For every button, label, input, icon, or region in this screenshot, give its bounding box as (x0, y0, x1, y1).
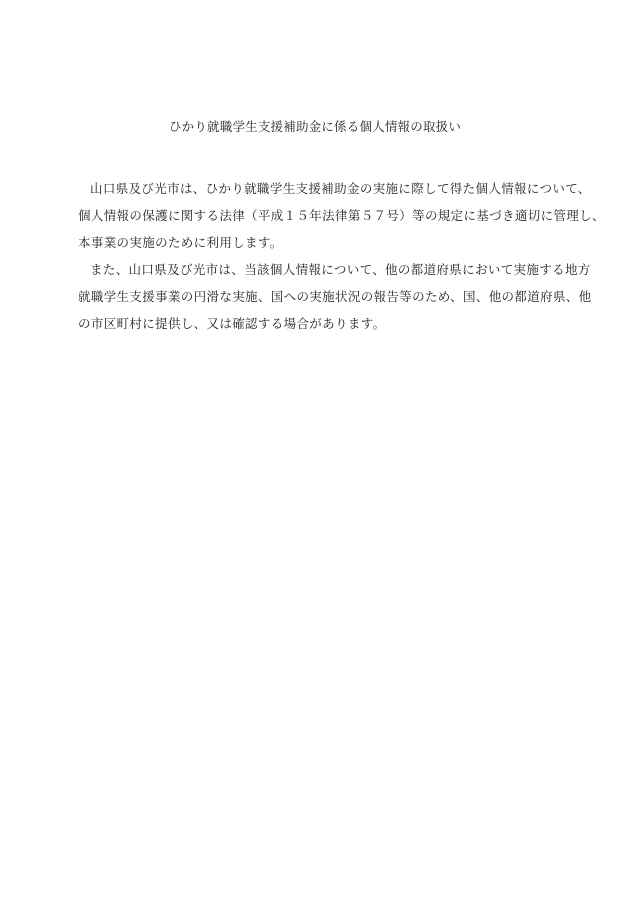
paragraph-line: 就職学生支援事業の円滑な実施、国への実施状況の報告等のため、国、他の都道府県、他 (78, 289, 554, 305)
paragraph-line: 本事業の実施のために利用します。 (78, 235, 554, 251)
paragraph-personal-info-management: 山口県及び光市は、ひかり就職学生支援補助金の実施に際して得た個人情報について、 … (78, 181, 554, 251)
paragraph-line: また、山口県及び光市は、当該個人情報について、他の都道府県において実施する地方 (78, 262, 554, 278)
paragraph-line: の市区町村に提供し、又は確認する場合があります。 (78, 316, 554, 332)
document-title: ひかり就職学生支援補助金に係る個人情報の取扱い (0, 119, 630, 135)
document-body: 山口県及び光市は、ひかり就職学生支援補助金の実施に際して得た個人情報について、 … (78, 181, 554, 343)
paragraph-personal-info-sharing: また、山口県及び光市は、当該個人情報について、他の都道府県において実施する地方 … (78, 262, 554, 332)
paragraph-line: 山口県及び光市は、ひかり就職学生支援補助金の実施に際して得た個人情報について、 (78, 181, 554, 197)
paragraph-line: 個人情報の保護に関する法律（平成１５年法律第５７号）等の規定に基づき適切に管理し… (78, 208, 554, 224)
document-page: ひかり就職学生支援補助金に係る個人情報の取扱い 山口県及び光市は、ひかり就職学生… (0, 0, 630, 903)
